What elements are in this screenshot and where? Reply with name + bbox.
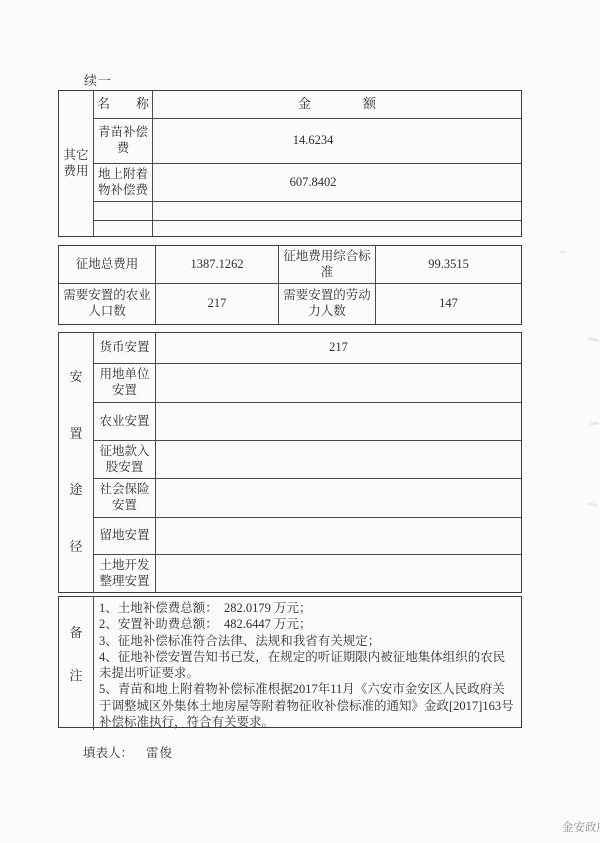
form-filler-name: 雷俊	[146, 746, 173, 760]
remarks-body: 1、土地补偿费总额： 282.0179 万元； 2、安置补助费总额： 482.6…	[94, 597, 521, 730]
form-filler-row: 填表人：雷俊	[83, 743, 173, 761]
remark-item-2: 2、安置补助费总额： 482.6447 万元；	[99, 616, 517, 632]
resettlement-group-char-4: 径	[69, 536, 82, 555]
scanned-form-page: 续一 其它费用 名 称 金 额 青苗补偿费 14.6234 地上附着物补偿费 6…	[0, 0, 600, 843]
resettlement-value-land-development	[156, 555, 521, 592]
fee-amount-empty-2	[153, 221, 521, 236]
resettlement-value-social-insurance	[156, 479, 521, 518]
resettlement-label-monetary: 货币安置	[94, 333, 156, 364]
fee-amount-seedling: 14.6234	[153, 119, 521, 164]
resettlement-value-reserved-land	[156, 518, 521, 555]
totals-table: 征地总费用 1387.1262 征地费用综合标准 99.3515 需要安置的农业…	[58, 245, 522, 325]
name-column-header: 名 称	[94, 91, 153, 119]
resettlement-group-char-2: 置	[69, 423, 82, 442]
agricultural-population-label: 需要安置的农业人口数	[59, 284, 156, 324]
agricultural-population-value: 217	[156, 284, 279, 324]
scan-artifact	[587, 502, 598, 507]
resettlement-value-equity	[156, 441, 521, 479]
form-filler-label: 填表人：	[83, 746, 133, 760]
resettlement-label-equity: 征地款入股安置	[94, 441, 156, 479]
scan-artifact	[590, 421, 599, 426]
amount-column-header: 金 额	[153, 91, 521, 119]
comprehensive-standard-label: 征地费用综合标准	[279, 246, 376, 284]
fee-amount-attachments: 607.8402	[153, 164, 521, 202]
resettlement-value-monetary: 217	[156, 333, 521, 364]
remarks-group-char-2: 注	[69, 665, 82, 684]
remark-item-1: 1、土地补偿费总额： 282.0179 万元；	[99, 600, 517, 616]
resettlement-label-land-development: 土地开发整理安置	[94, 555, 156, 592]
remark-item-4: 4、征地补偿安置告知书已发，在规定的听证期限内被征地集体组织的农民未提出听证要求…	[99, 649, 517, 682]
resettlement-label-social-insurance: 社会保险安置	[94, 479, 156, 518]
fee-label-empty-2	[94, 221, 153, 236]
total-cost-value: 1387.1262	[156, 246, 279, 284]
other-fees-table: 其它费用 名 称 金 额 青苗补偿费 14.6234 地上附着物补偿费 607.…	[58, 90, 522, 237]
footer-watermark: 金安政府	[562, 819, 600, 835]
continuation-label: 续一	[84, 70, 112, 89]
remarks-group-char-1: 备	[69, 622, 82, 641]
resettlement-label-agricultural: 农业安置	[94, 403, 156, 441]
other-fees-group-label: 其它费用	[59, 91, 94, 236]
labor-count-value: 147	[376, 284, 521, 324]
comprehensive-standard-value: 99.3515	[376, 246, 521, 284]
scan-artifact	[588, 337, 599, 343]
resettlement-group-char-1: 安	[69, 366, 82, 385]
fee-label-empty-1	[94, 202, 153, 221]
scan-artifact	[560, 251, 567, 253]
remark-item-3: 3、征地补偿标准符合法律、法规和我省有关规定；	[99, 633, 517, 649]
fee-amount-empty-1	[153, 202, 521, 221]
remarks-table: 备 注 1、土地补偿费总额： 282.0179 万元； 2、安置补助费总额： 4…	[58, 596, 522, 728]
remark-item-5: 5、青苗和地上附着物补偿标准根据2017年11月《六安市金安区人民政府关于调整城…	[99, 681, 517, 730]
resettlement-value-agricultural	[156, 403, 521, 441]
resettlement-label-reserved-land: 留地安置	[94, 518, 156, 555]
fee-label-seedling: 青苗补偿费	[94, 119, 153, 164]
fee-label-attachments: 地上附着物补偿费	[94, 164, 153, 202]
total-cost-label: 征地总费用	[59, 246, 156, 284]
resettlement-value-land-user	[156, 364, 521, 403]
remarks-group-label: 备 注	[59, 597, 94, 730]
resettlement-table: 安 置 途 径 货币安置 217 用地单位安置 农业安置 征地款入股安置 社会保…	[58, 332, 522, 593]
labor-count-label: 需要安置的劳动力人数	[279, 284, 376, 324]
resettlement-group-label: 安 置 途 径	[59, 333, 94, 592]
resettlement-label-land-user: 用地单位安置	[94, 364, 156, 403]
resettlement-group-char-3: 途	[69, 479, 82, 498]
